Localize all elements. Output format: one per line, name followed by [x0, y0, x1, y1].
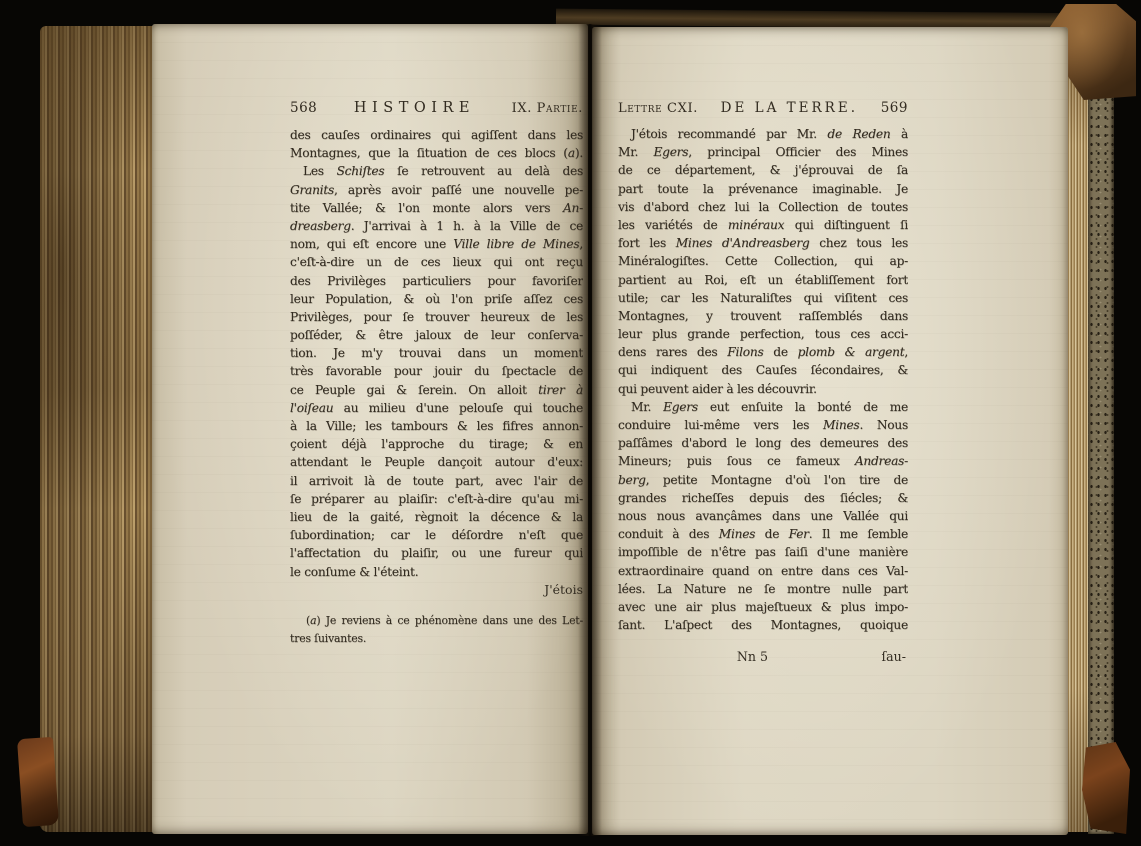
- gathering-signature: Nn 5: [737, 649, 768, 664]
- left-page-text-column: 568 HISTOIRE IX. Partie. des cauſes ordi…: [290, 24, 583, 834]
- right-cover-board-edge: [1088, 86, 1114, 834]
- right-catchword: ſau-: [881, 649, 906, 664]
- left-running-title: HISTOIRE: [354, 100, 475, 116]
- right-page-header: Lettre CXI. DE LA TERRE. 569: [618, 100, 908, 116]
- left-part-label: IX. Partie.: [512, 101, 583, 116]
- right-page-edges: [1066, 34, 1090, 832]
- book-photo: 568 HISTOIRE IX. Partie. des cauſes ordi…: [0, 0, 1141, 846]
- left-page-header: 568 HISTOIRE IX. Partie.: [290, 100, 583, 116]
- right-page-text-column: Lettre CXI. DE LA TERRE. 569 J'étois rec…: [618, 27, 908, 835]
- right-page: Lettre CXI. DE LA TERRE. 569 J'étois rec…: [592, 27, 1068, 835]
- left-catchword: J'étois: [290, 582, 583, 597]
- right-body-text: J'étois recommandé par Mr. de Reden àMr.…: [618, 125, 908, 634]
- right-running-title: DE LA TERRE.: [721, 100, 858, 116]
- right-signature-row: Nn 5 ſau-: [618, 649, 908, 667]
- right-letter-label: Lettre CXI.: [618, 101, 698, 116]
- right-cover-corner-bottom: [1082, 742, 1130, 834]
- left-body-text: des cauſes ordinaires qui agiſſent dans …: [290, 126, 583, 581]
- right-page-number: 569: [881, 100, 908, 116]
- left-page: 568 HISTOIRE IX. Partie. des cauſes ordi…: [152, 24, 588, 834]
- left-page-number: 568: [290, 100, 317, 116]
- left-page-fore-edge: [40, 26, 156, 832]
- left-footnote: (a) Je reviens à ce phénomène dans une d…: [290, 612, 583, 647]
- left-cover-leather-patch: [17, 737, 59, 827]
